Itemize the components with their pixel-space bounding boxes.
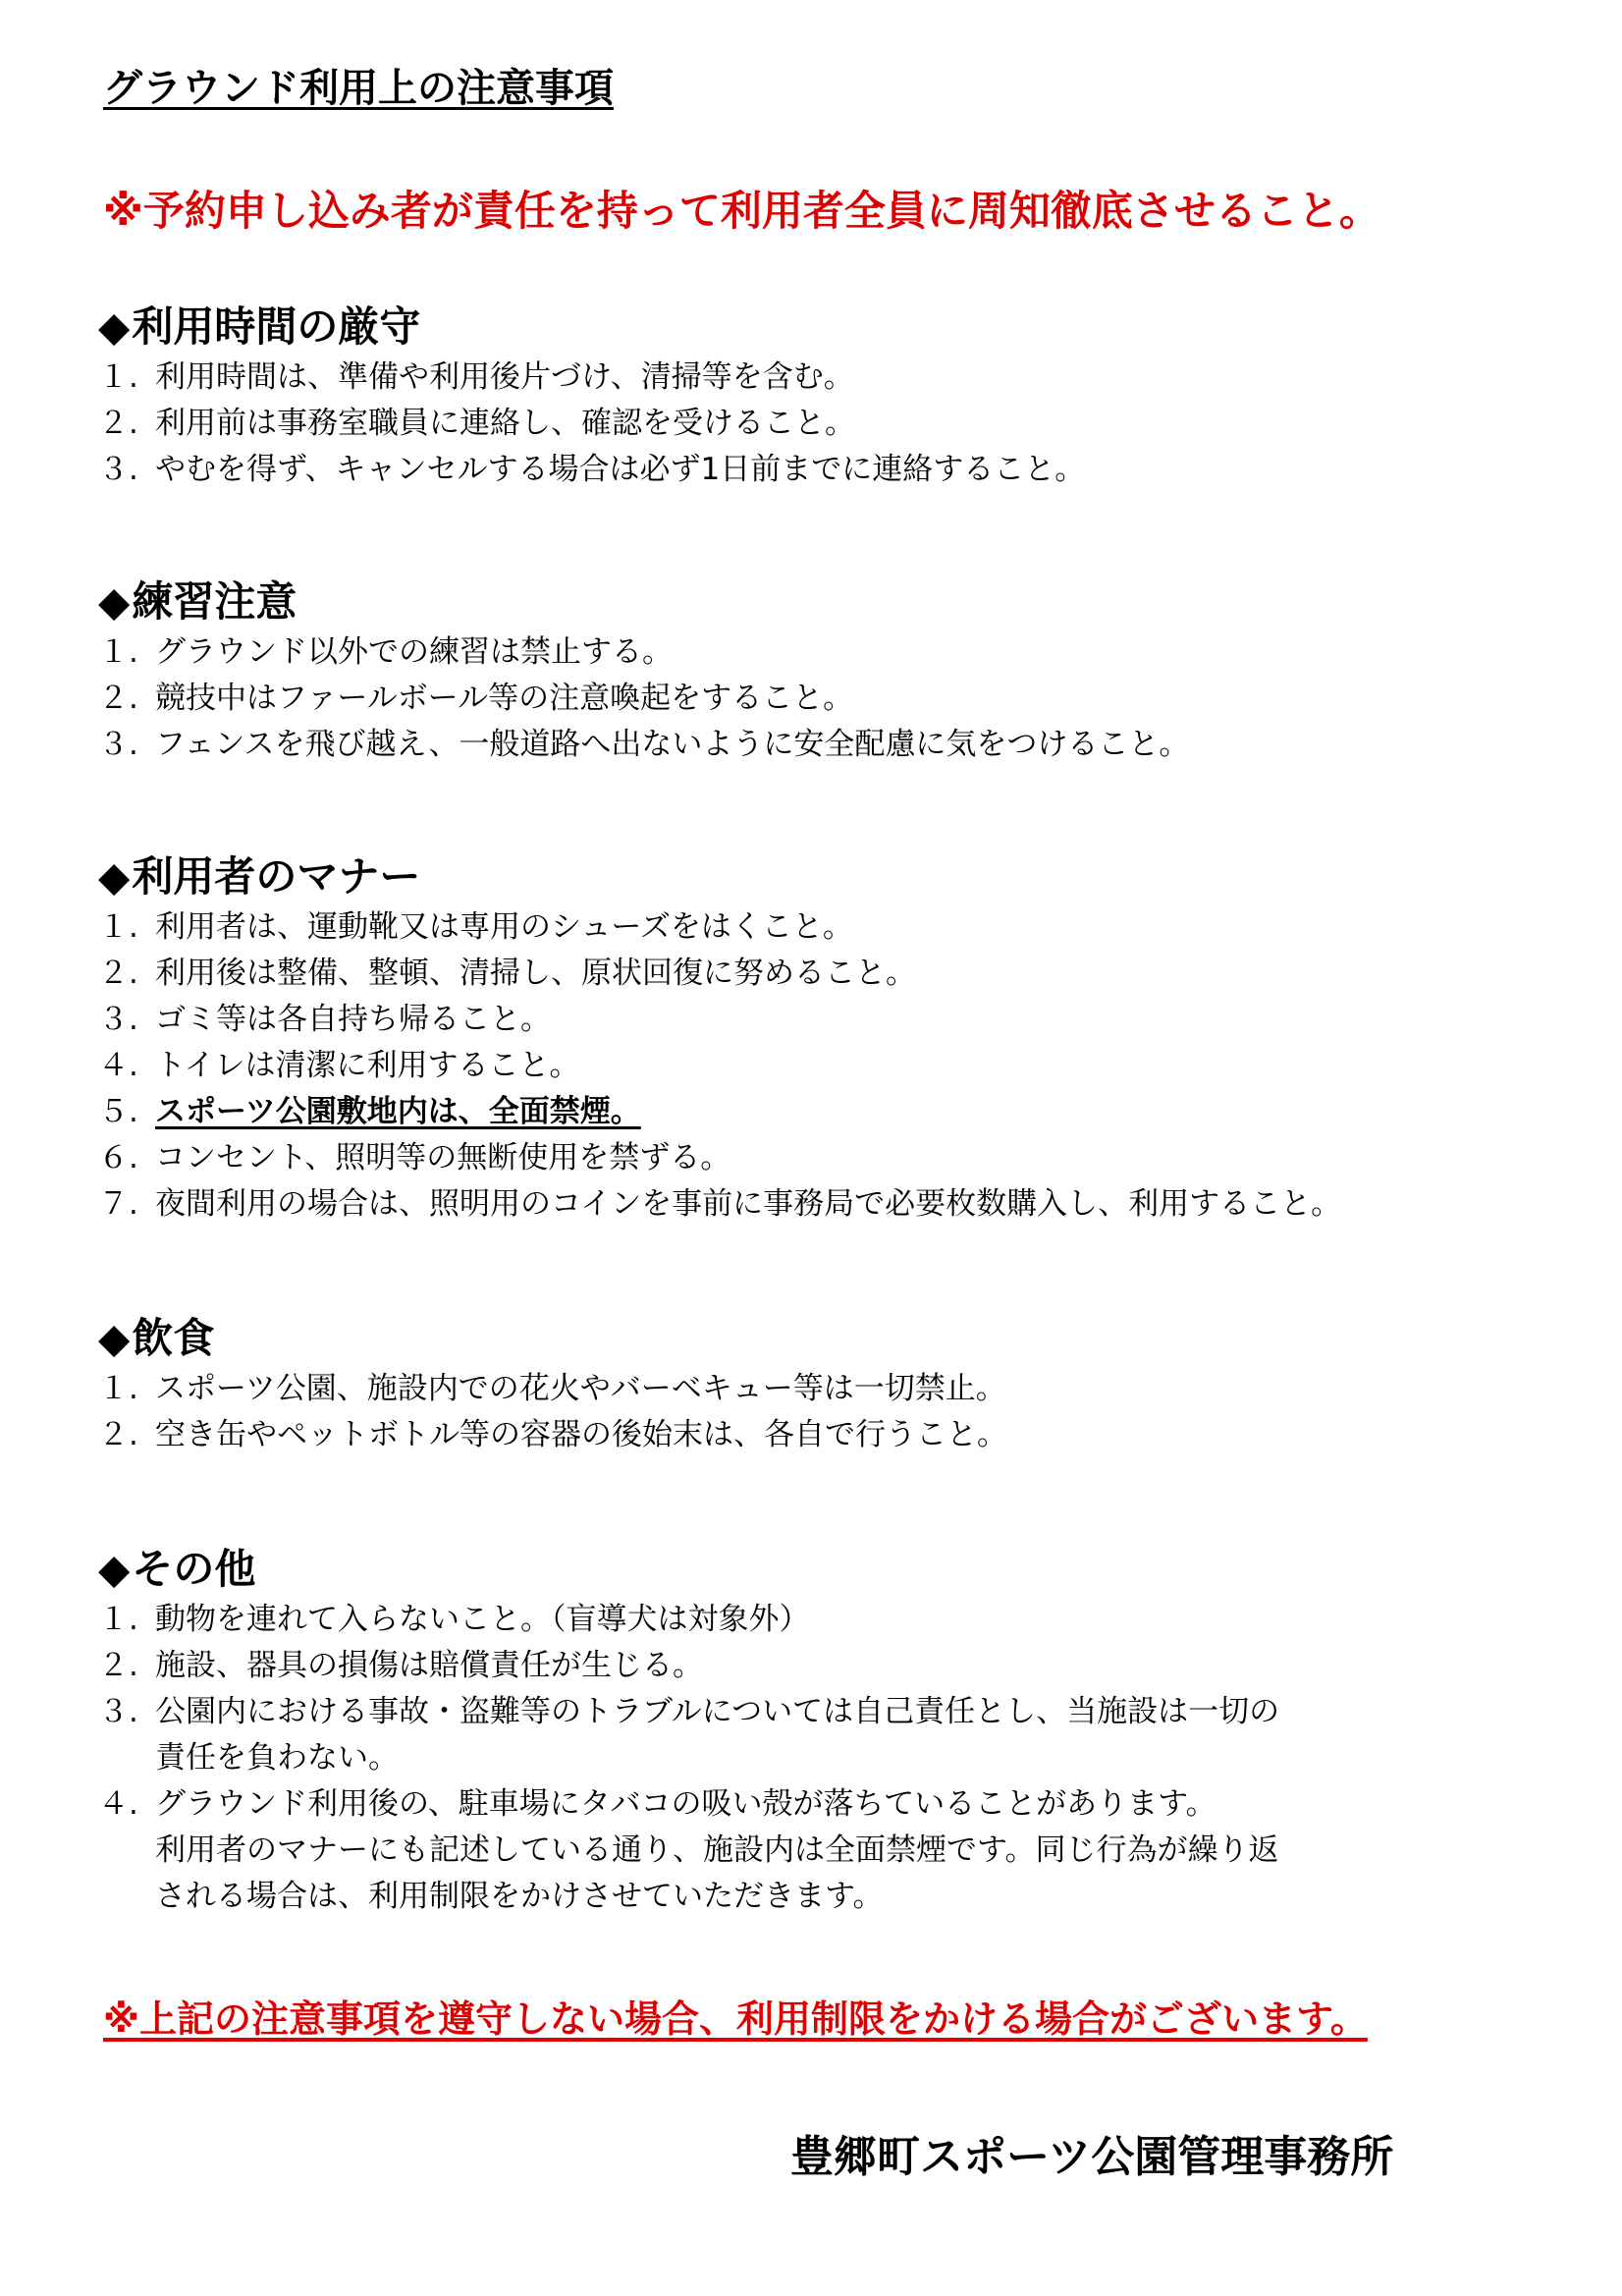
rule-list: １.グラウンド以外での練習は禁止する。 ２.競技中はファールボール等の注意喚起を… (98, 629, 1189, 768)
rule-list: １.利用時間は、準備や利用後片づけ、清掃等を含む。 ２.利用前は事務室職員に連絡… (98, 355, 1085, 493)
list-item: ６.コンセント、照明等の無断使用を禁ずる。 (98, 1135, 1341, 1181)
section-practice-caution: ◆練習注意 １.グラウンド以外での練習は禁止する。 ２.競技中はファールボール等… (98, 574, 1189, 768)
list-item: １.スポーツ公園、施設内での花火やバーベキュー等は一切禁止。 (98, 1366, 1007, 1412)
list-item: １.利用時間は、準備や利用後片づけ、清掃等を含む。 (98, 355, 1085, 401)
bottom-notice: ※上記の注意事項を遵守しない場合、利用制限をかける場合がございます。 (103, 1989, 1368, 2043)
rule-list: １.利用者は、運動靴又は専用のシューズをはくこと。 ２.利用後は整備、整頓、清掃… (98, 904, 1341, 1228)
list-item: ４.グラウンド利用後の、駐車場にタバコの吸い殻が落ちていることがあります。利用者… (98, 1781, 1279, 1920)
top-notice: ※予約申し込み者が責任を持って利用者全員に周知徹底させること。 (103, 179, 1380, 238)
section-other: ◆その他 １.動物を連れて入らないこと。（盲導犬は対象外） ２.施設、器具の損傷… (98, 1542, 1279, 1920)
list-item: ２.競技中はファールボール等の注意喚起をすること。 (98, 676, 1189, 722)
list-item: １.利用者は、運動靴又は専用のシューズをはくこと。 (98, 904, 1341, 951)
diamond-bullet-icon: ◆ (98, 849, 130, 904)
section-heading: ◆練習注意 (98, 574, 1189, 629)
document-page: グラウンド利用上の注意事項 ※予約申し込み者が責任を持って利用者全員に周知徹底さ… (0, 0, 1622, 2296)
list-item: ３.ゴミ等は各自持ち帰ること。 (98, 997, 1341, 1043)
list-item: ３.フェンスを飛び越え、一般道路へ出ないように安全配慮に気をつけること。 (98, 722, 1189, 768)
issuer-signature: 豊郷町スポーツ公園管理事務所 (790, 2121, 1393, 2184)
rule-list: １.動物を連れて入らないこと。（盲導犬は対象外） ２.施設、器具の損傷は賠償責任… (98, 1597, 1279, 1920)
list-item: １.グラウンド以外での練習は禁止する。 (98, 629, 1189, 676)
list-item: ２.利用前は事務室職員に連絡し、確認を受けること。 (98, 401, 1085, 447)
section-heading: ◆利用時間の厳守 (98, 300, 1085, 355)
section-user-manners: ◆利用者のマナー １.利用者は、運動靴又は専用のシューズをはくこと。 ２.利用後… (98, 849, 1341, 1228)
list-item: ３.やむを得ず、キャンセルする場合は必ず1日前までに連絡すること。 (98, 447, 1085, 493)
list-item: ７.夜間利用の場合は、照明用のコインを事前に事務局で必要枚数購入し、利用すること… (98, 1181, 1341, 1228)
list-item: ２.施設、器具の損傷は賠償責任が生じる。 (98, 1643, 1279, 1689)
list-item: ４.トイレは清潔に利用すること。 (98, 1043, 1341, 1089)
rule-list: １.スポーツ公園、施設内での花火やバーベキュー等は一切禁止。 ２.空き缶やペット… (98, 1366, 1007, 1458)
section-heading: ◆飲食 (98, 1311, 1007, 1366)
list-item: ２.利用後は整備、整頓、清掃し、原状回復に努めること。 (98, 951, 1341, 997)
document-title: グラウンド利用上の注意事項 (103, 57, 614, 113)
list-item: ２.空き缶やペットボトル等の容器の後始末は、各自で行うこと。 (98, 1412, 1007, 1458)
diamond-bullet-icon: ◆ (98, 574, 130, 629)
emphasized-rule: スポーツ公園敷地内は、全面禁煙。 (155, 1089, 641, 1135)
section-usage-time: ◆利用時間の厳守 １.利用時間は、準備や利用後片づけ、清掃等を含む。 ２.利用前… (98, 300, 1085, 493)
list-item: ３.公園内における事故・盗難等のトラブルについては自己責任とし、当施設は一切の責… (98, 1689, 1279, 1781)
section-food-drink: ◆飲食 １.スポーツ公園、施設内での花火やバーベキュー等は一切禁止。 ２.空き缶… (98, 1311, 1007, 1458)
section-heading: ◆利用者のマナー (98, 849, 1341, 904)
list-item: １.動物を連れて入らないこと。（盲導犬は対象外） (98, 1597, 1279, 1643)
section-heading: ◆その他 (98, 1542, 1279, 1597)
list-item-no-smoking: ５.スポーツ公園敷地内は、全面禁煙。 (98, 1089, 1341, 1135)
diamond-bullet-icon: ◆ (98, 300, 130, 355)
diamond-bullet-icon: ◆ (98, 1311, 130, 1366)
diamond-bullet-icon: ◆ (98, 1542, 130, 1597)
